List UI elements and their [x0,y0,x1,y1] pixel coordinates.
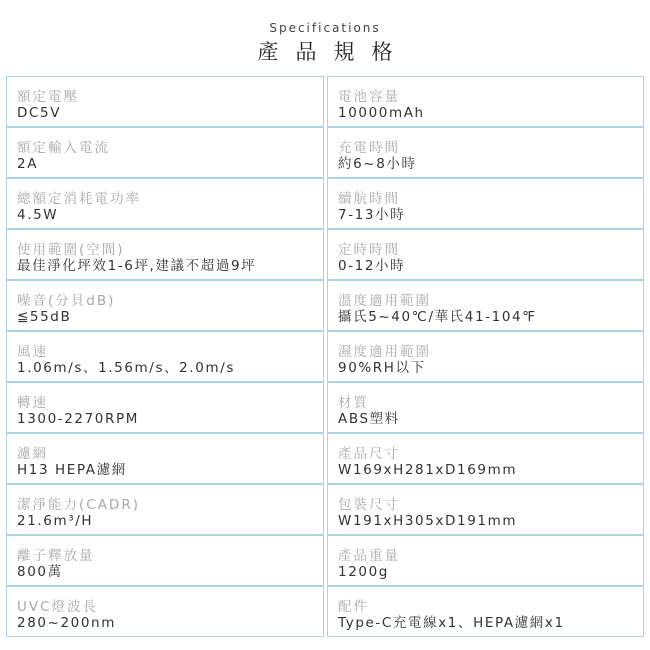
spec-label: 溫度適用範圍 [338,293,643,309]
spec-cell-timer: 定時時間 0-12小時 [327,229,644,280]
spec-value: 800萬 [17,564,323,581]
spec-cell-product-weight: 產品重量 1200g [327,535,644,586]
spec-label: 充電時間 [338,140,643,156]
spec-cell-accessories: 配件 Type-C充電線x1、HEPA濾網x1 [327,586,644,637]
spec-value: 280~200nm [17,615,323,632]
spec-label: 材質 [338,395,643,411]
spec-label: 潔淨能力(CADR) [17,497,323,513]
spec-cell-uvc-wavelength: UVC燈波長 280~200nm [6,586,324,637]
spec-cell-power-consumption: 總額定消耗電功率 4.5W [6,178,324,229]
spec-value: 1.06m/s、1.56m/s、2.0m/s [17,360,323,377]
page-title: 產品規格 [0,36,650,66]
spec-label: 總額定消耗電功率 [17,191,323,207]
spec-label: 續航時間 [338,191,643,207]
spec-value: 90%RH以下 [338,360,643,377]
spec-label: 轉速 [17,395,323,411]
spec-cell-wind-speed: 風速 1.06m/s、1.56m/s、2.0m/s [6,331,324,382]
spec-value: 最佳淨化坪效1-6坪,建議不超過9坪 [17,258,323,275]
spec-cell-product-dimensions: 產品尺寸 W169xH281xD169mm [327,433,644,484]
spec-cell-filter: 濾網 H13 HEPA濾網 [6,433,324,484]
spec-label: 離子釋放量 [17,548,323,564]
spec-value: 7-13小時 [338,207,643,224]
spec-label: 額定電壓 [17,89,323,105]
spec-label: 包裝尺寸 [338,497,643,513]
spec-value: 1300-2270RPM [17,411,323,428]
spec-cell-rotation-speed: 轉速 1300-2270RPM [6,382,324,433]
spec-cell-battery-life: 續航時間 7-13小時 [327,178,644,229]
spec-cell-cadr: 潔淨能力(CADR) 21.6m³/H [6,484,324,535]
spec-table: 額定電壓 DC5V 電池容量 10000mAh 額定輸入電流 2A 充電時間 約… [5,76,645,637]
spec-label: 使用範圍(空間) [17,242,323,258]
spec-cell-package-dimensions: 包裝尺寸 W191xH305xD191mm [327,484,644,535]
spec-cell-temperature-range: 溫度適用範圍 攝氏5~40℃/華氏41-104℉ [327,280,644,331]
spec-value: H13 HEPA濾網 [17,462,323,479]
spec-cell-rated-voltage: 額定電壓 DC5V [6,76,324,127]
spec-cell-coverage-area: 使用範圍(空間) 最佳淨化坪效1-6坪,建議不超過9坪 [6,229,324,280]
spec-label: 噪音(分貝dB) [17,293,323,309]
spec-label: 濾網 [17,446,323,462]
spec-value: DC5V [17,105,323,122]
spec-label: 濕度適用範圍 [338,344,643,360]
spec-value: 0-12小時 [338,258,643,275]
spec-label: 產品尺寸 [338,446,643,462]
spec-cell-charge-time: 充電時間 約6~8小時 [327,127,644,178]
spec-cell-noise: 噪音(分貝dB) ≦55dB [6,280,324,331]
spec-cell-battery-capacity: 電池容量 10000mAh [327,76,644,127]
page-subtitle: Specifications [0,21,650,35]
spec-label: 定時時間 [338,242,643,258]
spec-label: 電池容量 [338,89,643,105]
spec-label: UVC燈波長 [17,599,323,615]
spec-value: Type-C充電線x1、HEPA濾網x1 [338,615,643,632]
spec-cell-ion-output: 離子釋放量 800萬 [6,535,324,586]
spec-value: 1200g [338,564,643,581]
spec-label: 產品重量 [338,548,643,564]
spec-value: 10000mAh [338,105,643,122]
spec-value: 約6~8小時 [338,156,643,173]
spec-value: ≦55dB [17,309,323,326]
spec-value: W191xH305xD191mm [338,513,643,530]
spec-cell-humidity-range: 濕度適用範圍 90%RH以下 [327,331,644,382]
spec-value: 4.5W [17,207,323,224]
spec-label: 額定輸入電流 [17,140,323,156]
spec-value: ABS塑料 [338,411,643,428]
spec-value: 攝氏5~40℃/華氏41-104℉ [338,309,643,326]
spec-value: W169xH281xD169mm [338,462,643,479]
spec-label: 風速 [17,344,323,360]
spec-label: 配件 [338,599,643,615]
spec-value: 21.6m³/H [17,513,323,530]
spec-cell-rated-input-current: 額定輸入電流 2A [6,127,324,178]
spec-value: 2A [17,156,323,173]
spec-cell-material: 材質 ABS塑料 [327,382,644,433]
